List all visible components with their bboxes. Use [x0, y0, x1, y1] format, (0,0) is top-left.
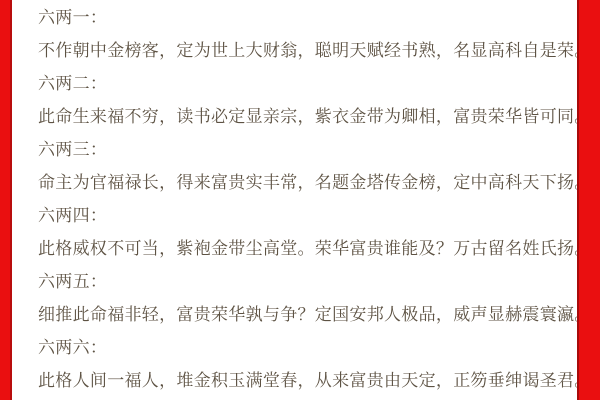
section-verse-6: 此格人间一福人，堆金积玉满堂春，从来富贵由天定，正笏垂绅谒圣君。: [38, 365, 572, 398]
section-verse-3: 命主为官福禄长，得来富贵实丰常，名题金塔传金榜，定中高科天下扬。: [38, 167, 572, 200]
section-verse-5: 细推此命福非轻，富贵荣华孰与争？定国安邦人极品，威声显赫震寰瀛。: [38, 299, 572, 332]
right-red-border: [577, 0, 600, 400]
section-verse-1: 不作朝中金榜客，定为世上大财翁，聪明天赋经书熟，名显高科自是荣。: [38, 35, 572, 68]
section-heading-5: 六两五：: [38, 266, 572, 299]
section-verse-2: 此命生来福不穷，读书必定显亲宗，紫衣金带为卿相，富贵荣华皆可同。: [38, 101, 572, 134]
section-heading-4: 六两四：: [38, 200, 572, 233]
section-heading-1: 六两一：: [38, 2, 572, 35]
content-area: 六两一： 不作朝中金榜客，定为世上大财翁，聪明天赋经书熟，名显高科自是荣。 六两…: [38, 2, 572, 398]
fortune-verses-page: 六两一： 不作朝中金榜客，定为世上大财翁，聪明天赋经书熟，名显高科自是荣。 六两…: [0, 0, 600, 400]
section-heading-6: 六两六：: [38, 332, 572, 365]
section-heading-2: 六两二：: [38, 68, 572, 101]
section-verse-4: 此格威权不可当，紫袍金带尘高堂。荣华富贵谁能及？万古留名姓氏扬。: [38, 233, 572, 266]
left-red-border: [0, 0, 12, 400]
section-heading-3: 六两三：: [38, 134, 572, 167]
